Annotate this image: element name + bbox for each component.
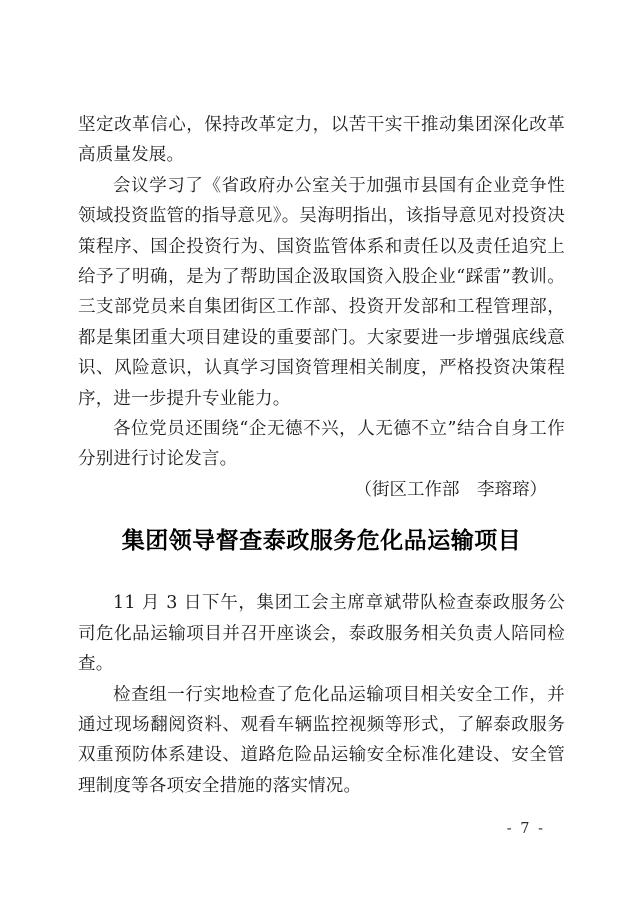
document-page: 坚定改革信心，保持改革定力，以苦干实干推动集团深化改革高质量发展。 会议学习了《… (0, 0, 636, 900)
paragraph-continuation: 坚定改革信心，保持改革定力，以苦干实干推动集团深化改革高质量发展。 (78, 110, 565, 171)
article-headline: 集团领导督查泰政服务危化品运输项目 (78, 526, 565, 557)
article-new: 集团领导督查泰政服务危化品运输项目 11 月 3 日下午，集团工会主席章斌带队检… (78, 526, 565, 801)
paragraph: 会议学习了《省政府办公室关于加强市县国有企业竞争性领域投资监管的指导意见》。吴海… (78, 171, 565, 414)
paragraph: 各位党员还围绕“企无德不兴，人无德不立”结合自身工作分别进行讨论发言。 (78, 414, 565, 475)
article-previous: 坚定改革信心，保持改革定力，以苦干实干推动集团深化改革高质量发展。 会议学习了《… (78, 110, 565, 505)
page-content: 坚定改革信心，保持改革定力，以苦干实干推动集团深化改革高质量发展。 会议学习了《… (78, 110, 565, 801)
page-number: - 7 - (507, 819, 545, 839)
paragraph: 11 月 3 日下午，集团工会主席章斌带队检查泰政服务公司危化品运输项目并召开座… (78, 588, 565, 679)
paragraph: 检查组一行实地检查了危化品运输项目相关安全工作，并通过现场翻阅资料、观看车辆监控… (78, 680, 565, 802)
article-attribution: （街区工作部 李瑢瑢） (78, 475, 565, 505)
